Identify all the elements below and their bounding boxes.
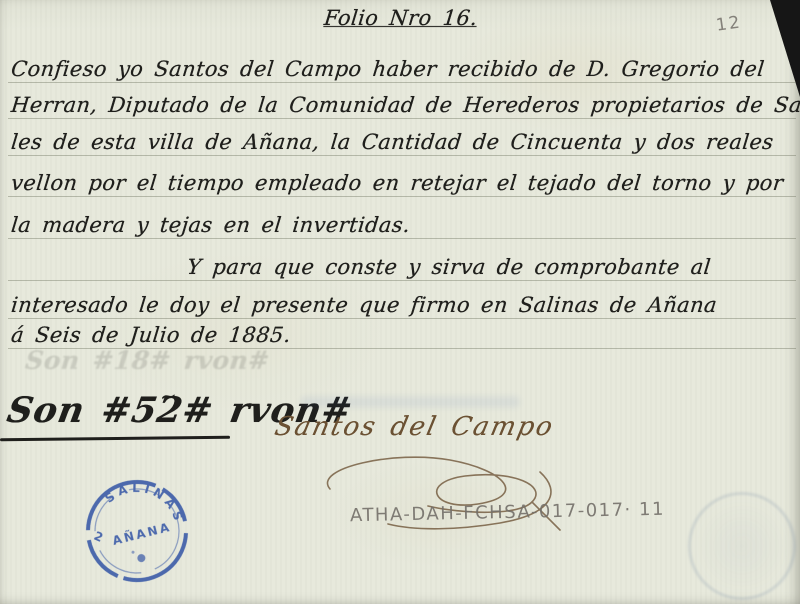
manuscript-line: les de esta villa de Añana, la Cantidad …: [8, 115, 796, 156]
stamp-side-number: 2: [92, 529, 105, 545]
manuscript-line-text: á Seis de Julio de 1885.: [10, 323, 292, 347]
manuscript-line-text: vellon por el tiempo empleado en retejar…: [10, 171, 785, 195]
manuscript-line: Y para que conste y sirva de comprobante…: [8, 240, 796, 281]
stamp-ink-blot: [136, 553, 147, 564]
amount-abbreviation-tilde: ∼: [159, 383, 178, 409]
folio-header: Folio Nro 16.: [0, 6, 800, 30]
manuscript-line: Confieso yo Santos del Campo haber recib…: [8, 42, 796, 83]
manuscript-line: la madera y tejas en el invertidas.: [8, 198, 796, 239]
manuscript-line: Herran, Diputado de la Comunidad de Here…: [8, 78, 796, 119]
manuscript-line-text: Y para que conste y sirva de comprobante…: [186, 255, 712, 279]
manuscript-line-text: Herran, Diputado de la Comunidad de Here…: [10, 93, 800, 117]
bleedthrough-blue-smudge: [300, 396, 520, 408]
signature-name: Santos del Campo: [272, 412, 557, 442]
manuscript-line: á Seis de Julio de 1885.: [8, 308, 796, 349]
archive-stamp: SALINAS AÑANA 2: [62, 456, 213, 604]
stamp-center-text: AÑANA: [111, 519, 173, 548]
manuscript-line-text: la madera y tejas en el invertidas.: [10, 213, 411, 237]
pencil-page-number: 12: [715, 12, 743, 35]
amount-underline: [0, 436, 230, 441]
bleedthrough-amount-text: Son #18# rvon#: [24, 346, 271, 375]
bleedthrough-stamp: [688, 492, 796, 600]
scanned-document-page: Folio Nro 16. 12 Confieso yo Santos del …: [0, 0, 800, 604]
folio-header-text: Folio Nro 16.: [323, 6, 479, 30]
manuscript-line: vellon por el tiempo empleado en retejar…: [8, 156, 796, 197]
manuscript-line-text: les de esta villa de Añana, la Cantidad …: [10, 130, 775, 154]
